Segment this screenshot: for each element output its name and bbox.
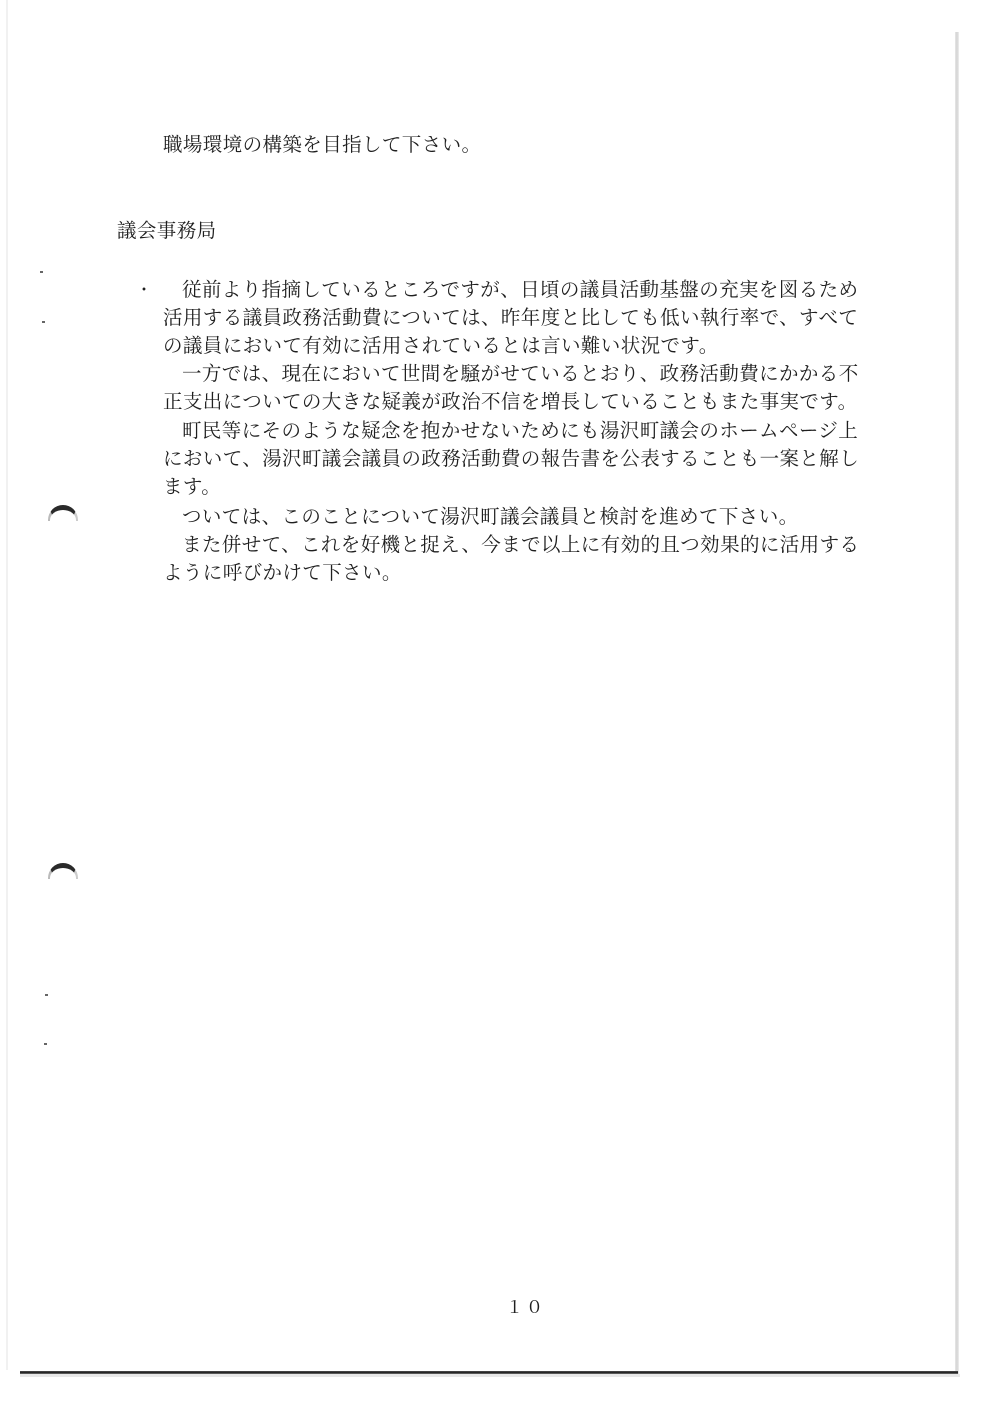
paragraph-line: ように呼びかけて下さい。 bbox=[163, 561, 402, 585]
page-left-edge bbox=[6, 0, 8, 1370]
paragraph-line: 従前より指摘しているところですが、日頃の議員活動基盤の充実を図るため bbox=[182, 278, 858, 302]
paragraph-line: において、湯沢町議会議員の政務活動費の報告書を公表することも一案と解し bbox=[163, 447, 859, 471]
scanned-page: 職場環境の構築を目指して下さい。 議会事務局 ・ 従前より指摘しているところです… bbox=[0, 0, 958, 1374]
page-number: １０ bbox=[506, 1293, 546, 1318]
paragraph-line: 活用する議員政務活動費については、昨年度と比しても低い執行率で、すべて bbox=[163, 306, 858, 330]
scan-speck bbox=[45, 994, 48, 996]
paragraph-line: 正支出についての大きな疑義が政治不信を増長していることもまた事実です。 bbox=[163, 390, 858, 414]
paragraph-line: の議員において有効に活用されているとは言い難い状況です。 bbox=[163, 334, 719, 358]
paragraph-line: 一方では、現在において世間を騒がせているとおり、政務活動費にかかる不 bbox=[182, 362, 859, 386]
scan-speck bbox=[42, 321, 45, 323]
scan-speck bbox=[44, 1043, 47, 1045]
continuation-line: 職場環境の構築を目指して下さい。 bbox=[163, 133, 481, 157]
paragraph-line: また併せて、これを好機と捉え、今まで以上に有効的且つ効果的に活用する bbox=[182, 533, 859, 557]
punch-hole-top bbox=[48, 505, 78, 521]
bullet-marker: ・ bbox=[136, 278, 152, 302]
paragraph-line: ます。 bbox=[163, 475, 221, 499]
section-heading: 議会事務局 bbox=[117, 219, 217, 243]
punch-hole-bottom bbox=[48, 863, 78, 879]
paragraph-line: ついては、このことについて湯沢町議会議員と検討を進めて下さい。 bbox=[182, 505, 799, 529]
scan-speck bbox=[40, 271, 43, 273]
page-bottom-shadow bbox=[20, 1374, 960, 1377]
paragraph-line: 町民等にそのような疑念を抱かせないためにも湯沢町議会のホームページ上 bbox=[182, 419, 858, 443]
page-right-edge bbox=[955, 32, 959, 1374]
